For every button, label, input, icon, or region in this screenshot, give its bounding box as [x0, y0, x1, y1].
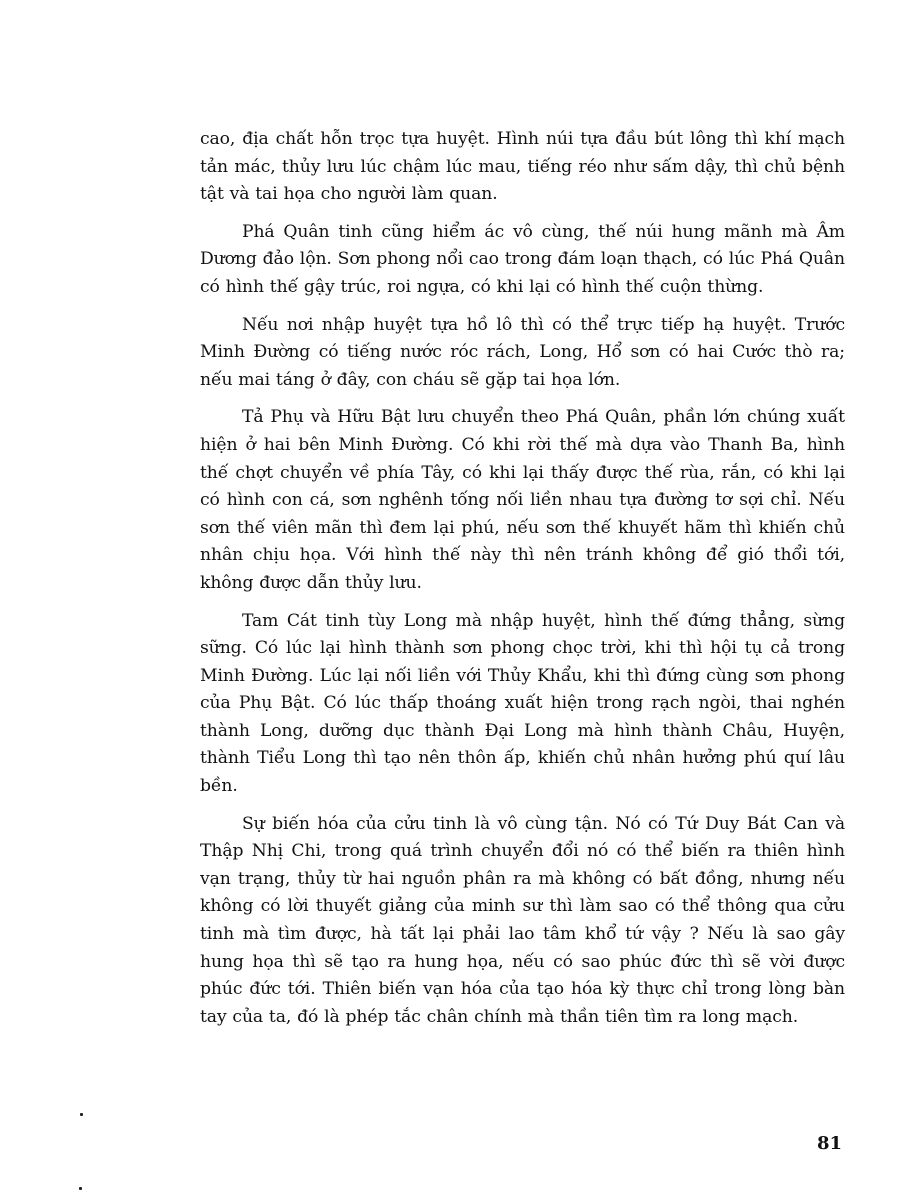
scan-speck [79, 1187, 82, 1190]
page-body: cao, địa chất hỗn trọc tựa huyệt. Hình n… [200, 126, 845, 1041]
page-number: 81 [817, 1133, 842, 1154]
paragraph-1: cao, địa chất hỗn trọc tựa huyệt. Hình n… [200, 126, 845, 209]
paragraph-3: Nếu nơi nhập huyệt tựa hồ lô thì có thể … [200, 312, 845, 395]
scan-speck [80, 1113, 83, 1116]
paragraph-6: Sự biến hóa của cửu tinh là vô cùng tận.… [200, 811, 845, 1032]
paragraph-2: Phá Quân tinh cũng hiểm ác vô cùng, thế … [200, 219, 845, 302]
paragraph-4: Tả Phụ và Hữu Bật lưu chuyển theo Phá Qu… [200, 404, 845, 597]
paragraph-5: Tam Cát tinh tùy Long mà nhập huyệt, hìn… [200, 608, 845, 801]
